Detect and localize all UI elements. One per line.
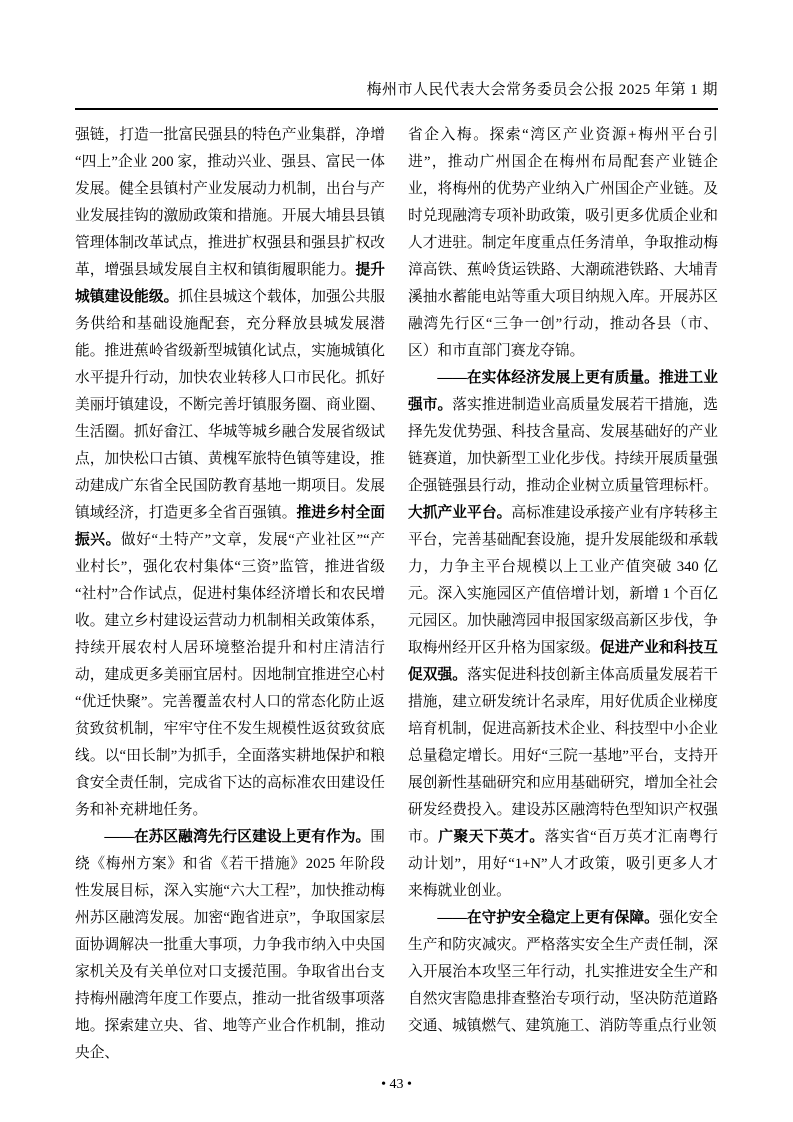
page-header: 梅州市人民代表大会常务委员会公报 2025 年第 1 期 — [75, 0, 718, 100]
text-run: 抓住县城这个载体，加强公共服务供给和基础设施配套，充分释放县城发展潜能。推进蕉岭… — [75, 289, 385, 521]
page-number: • 43 • — [381, 1077, 412, 1092]
bold-text-run: ——在守护安全稳定上更有保障。 — [437, 910, 659, 926]
text-run: 落实促进科技创新主体高质量发展若干措施，建立研发统计名录库，用好优质企业梯度培育… — [408, 667, 718, 845]
two-column-text-body: 强链，打造一批富民强县的特色产业集群，净增“四上”企业 200 家，推动兴业、强… — [75, 122, 718, 1067]
text-run: 落实推进制造业高质量发展若干措施，选择先发优势强、科技含量高、发展基础好的产业链… — [408, 397, 718, 494]
text-column-left: 强链，打造一批富民强县的特色产业集群，净增“四上”企业 200 家，推动兴业、强… — [75, 122, 385, 1067]
text-run: 围绕《梅州方案》和省《若干措施》2025 年阶段性发展目标，深入实施“六大工程”… — [75, 829, 385, 1061]
text-run: 强化安全生产和防灾减灾。严格落实安全生产责任制，深入开展治本攻坚三年行动，扎实推… — [408, 910, 718, 1034]
page-footer: • 43 • — [75, 1075, 718, 1095]
paragraph: ——在实体经济发展上更有质量。推进工业强市。落实推进制造业高质量发展若干措施，选… — [408, 365, 718, 905]
text-column-right: 省企入梅。探索“湾区产业资源+梅州平台引进”，推动广州国企在梅州布局配套产业链企… — [408, 122, 718, 1067]
paragraph: ——在苏区融湾先行区建设上更有作为。围绕《梅州方案》和省《若干措施》2025 年… — [75, 824, 385, 1067]
bold-text-run: 广聚天下英才。 — [438, 829, 544, 845]
gazette-header-title: 梅州市人民代表大会常务委员会公报 2025 年第 1 期 — [366, 82, 718, 98]
paragraph: 省企入梅。探索“湾区产业资源+梅州平台引进”，推动广州国企在梅州布局配套产业链企… — [408, 122, 718, 365]
text-run: 强链，打造一批富民强县的特色产业集群，净增“四上”企业 200 家，推动兴业、强… — [75, 127, 385, 278]
text-run: 做好“土特产”文章，发展“产业社区”“产业村长”，强化农村集体“三资”监管，推进… — [75, 532, 385, 818]
paragraph: ——在守护安全稳定上更有保障。强化安全生产和防灾减灾。严格落实安全生产责任制，深… — [408, 905, 718, 1040]
bold-text-run: 大抓产业平台。 — [408, 505, 511, 521]
text-run: 高标准建设承接产业有序转移主平台，完善基础配套设施，提升发展能级和承载力，力争主… — [408, 505, 718, 656]
bold-text-run: ——在苏区融湾先行区建设上更有作为。 — [104, 829, 370, 845]
header-rule — [75, 108, 718, 110]
text-run: 省企入梅。探索“湾区产业资源+梅州平台引进”，推动广州国企在梅州布局配套产业链企… — [408, 127, 718, 359]
paragraph: 强链，打造一批富民强县的特色产业集群，净增“四上”企业 200 家，推动兴业、强… — [75, 122, 385, 824]
document-page: 梅州市人民代表大会常务委员会公报 2025 年第 1 期 强链，打造一批富民强县… — [0, 0, 793, 1122]
